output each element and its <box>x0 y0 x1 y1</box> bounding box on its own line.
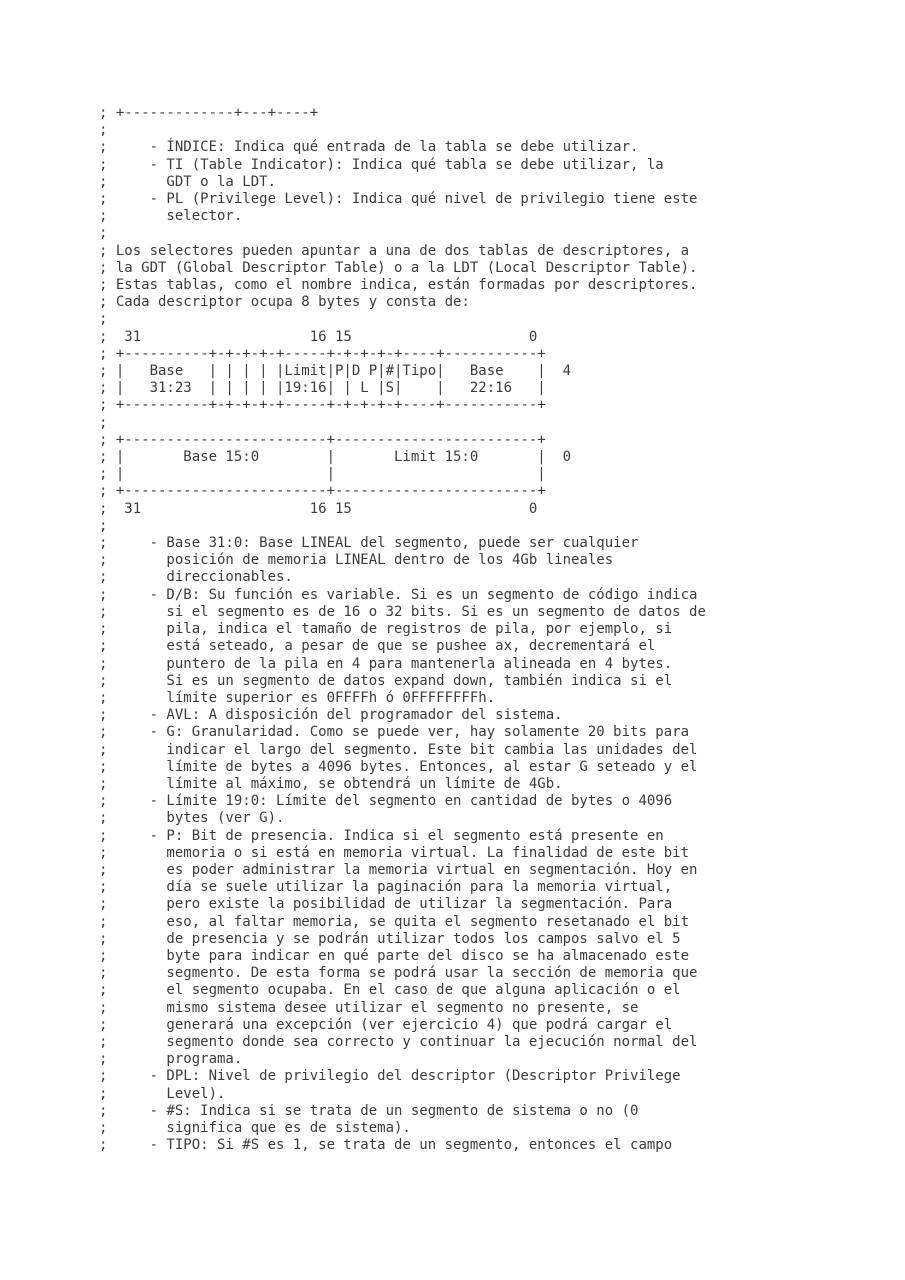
document-page: ; +-------------+---+----+ ; ; - ÍNDICE:… <box>0 0 905 1280</box>
assembly-comment-text: ; +-------------+---+----+ ; ; - ÍNDICE:… <box>99 105 706 1154</box>
